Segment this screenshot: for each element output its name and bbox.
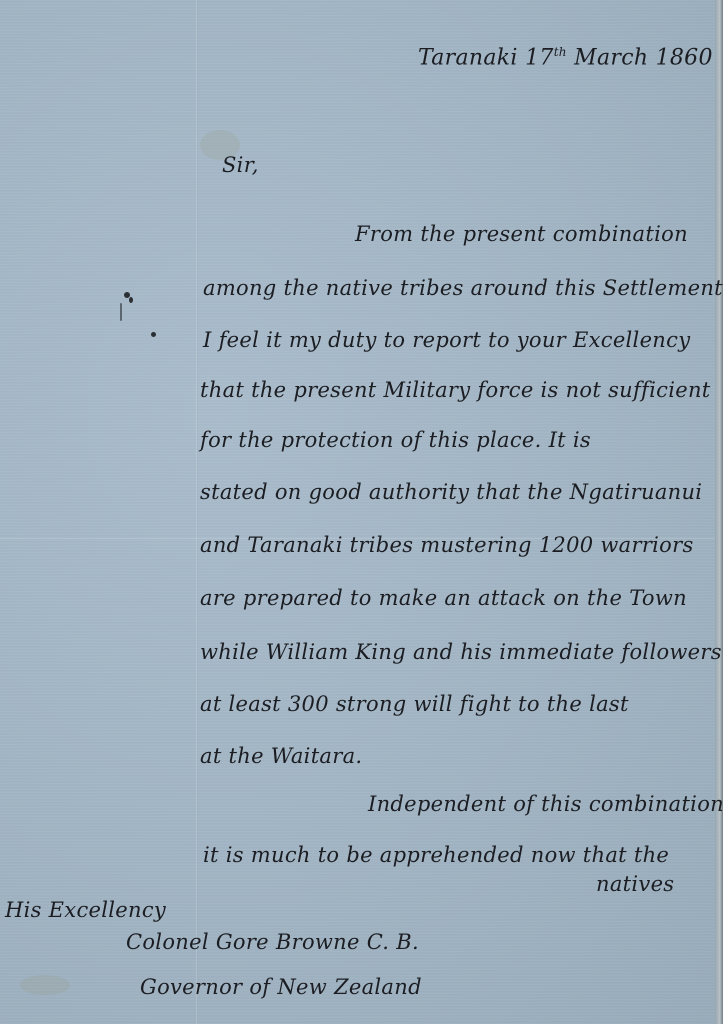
body-line: I feel it my duty to report to your Exce…: [203, 328, 690, 352]
letter-page: Taranaki 17th March 1860 Sir, From the p…: [0, 0, 723, 1024]
fold-line-vertical: [196, 0, 198, 1024]
dateline-month-year: March 1860: [574, 45, 713, 70]
catchword: natives: [596, 872, 674, 896]
body-line: among the native tribes around this Sett…: [203, 276, 723, 300]
dateline: Taranaki 17th March 1860: [418, 45, 713, 70]
addressee-title: His Excellency: [5, 898, 166, 922]
body-line: at the Waitara.: [200, 744, 362, 768]
body-line: it is much to be apprehended now that th…: [203, 843, 669, 867]
body-line: at least 300 strong will fight to the la…: [200, 692, 629, 716]
body-line: stated on good authority that the Ngatir…: [200, 480, 702, 504]
dateline-day: 17: [525, 45, 554, 70]
body-line: while William King and his immediate fol…: [200, 640, 722, 664]
page-edge: [715, 0, 723, 1024]
body-line: and Taranaki tribes mustering 1200 warri…: [200, 533, 694, 557]
salutation: Sir,: [222, 153, 259, 177]
dateline-place: Taranaki: [418, 45, 518, 70]
paper-stain: [20, 975, 70, 995]
body-line: Independent of this combination: [368, 792, 723, 816]
addressee-office: Governor of New Zealand: [140, 975, 422, 999]
body-line: that the present Military force is not s…: [200, 378, 711, 402]
dateline-day-suffix: th: [554, 45, 567, 59]
body-line: for the protection of this place. It is: [200, 428, 591, 452]
body-line: are prepared to make an attack on the To…: [200, 586, 687, 610]
addressee-name: Colonel Gore Browne C. B.: [126, 930, 419, 954]
body-line: From the present combination: [355, 222, 688, 246]
